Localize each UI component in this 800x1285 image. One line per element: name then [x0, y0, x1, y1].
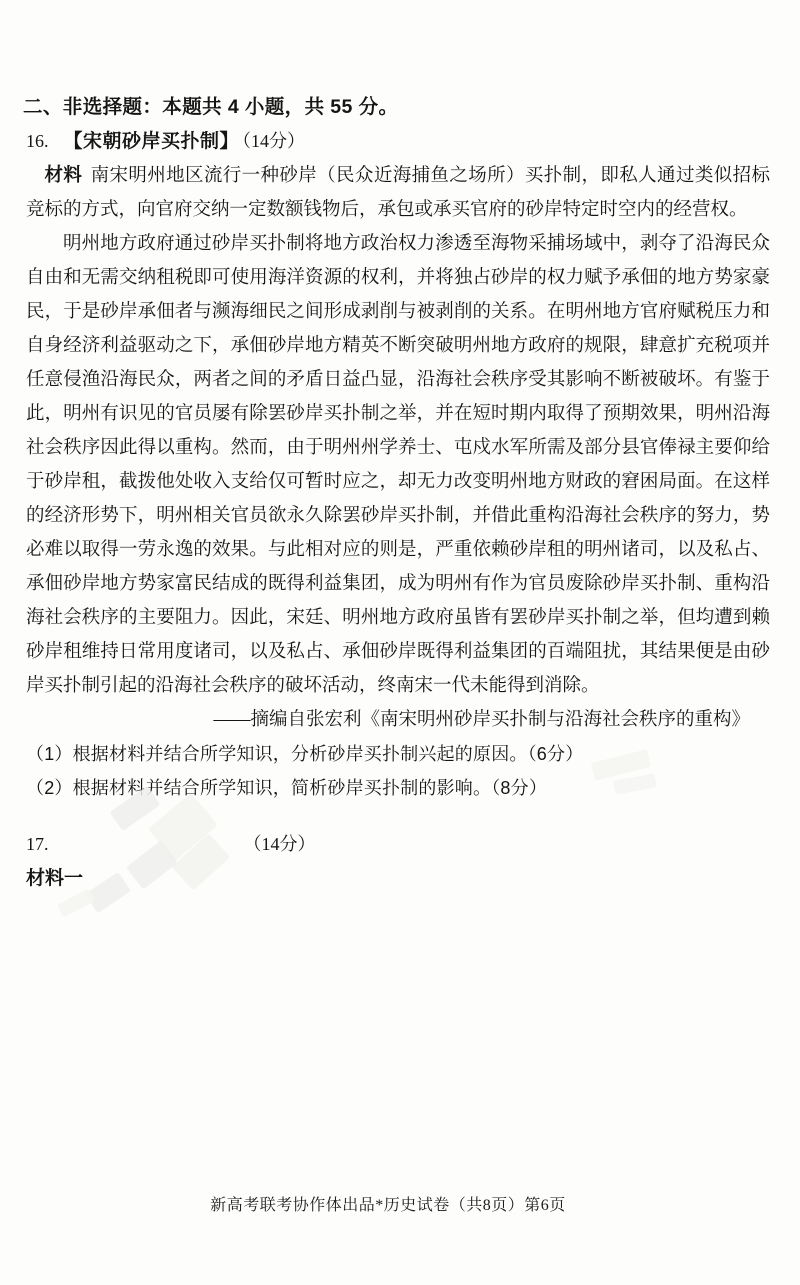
section-heading: 二、非选择题：本题共 4 小题，共 55 分。 — [23, 91, 398, 119]
q16-material-label: 材料 — [45, 166, 83, 186]
question-16-score: （14分） — [242, 131, 305, 151]
question-17-score: （14分） — [244, 834, 316, 854]
question-17-number: 17. — [26, 834, 49, 854]
q16-subquestion-1: （1）根据材料并结合所学知识，分析砂岸买扑制兴起的原因。（6分） — [26, 737, 770, 771]
q16-material-body: 明州地方政府通过砂岸买扑制将地方政治权力渗透至海物采捕场域中，剥夺了沿海民众自由… — [26, 227, 770, 703]
q16-material-intro: 材料南宋明州地区流行一种砂岸（民众近海捕鱼之场所）买扑制，即私人通过类似招标竞标… — [26, 159, 770, 227]
page-footer: 新高考联考协作体出品*历史试卷（共8页）第6页 — [0, 1192, 776, 1215]
question-16-title-line: 16.【宋朝砂岸买扑制】（14分） — [26, 124, 770, 159]
q16-material-intro-text: 南宋明州地区流行一种砂岸（民众近海捕鱼之场所）买扑制，即私人通过类似招标竞标的方… — [26, 166, 770, 220]
exam-page: 二、非选择题：本题共 4 小题，共 55 分。 16.【宋朝砂岸买扑制】（14分… — [0, 0, 800, 1285]
question-16: 16.【宋朝砂岸买扑制】（14分） 材料南宋明州地区流行一种砂岸（民众近海捕鱼之… — [26, 124, 770, 805]
question-16-number: 16. — [26, 131, 49, 151]
q16-attribution: ——摘编自张宏利《南宋明州砂岸买扑制与沿海社会秩序的重构》 — [26, 703, 770, 737]
question-16-title: 【宋朝砂岸买扑制】 — [64, 131, 240, 152]
